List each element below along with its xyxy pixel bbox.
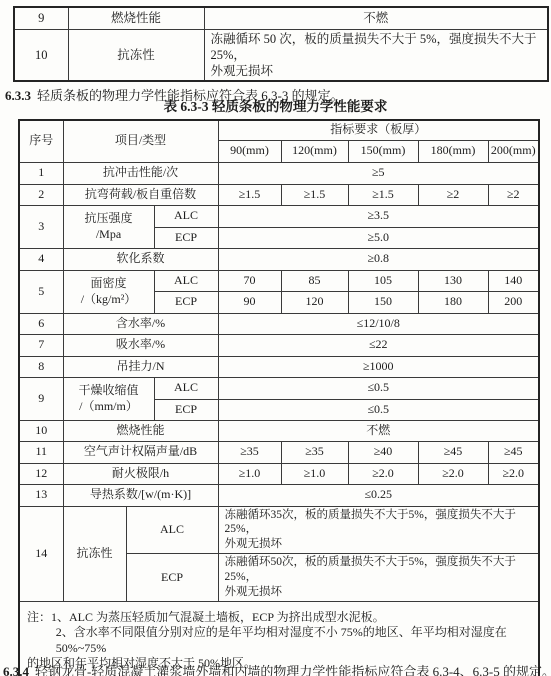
item-cell: 干燥收缩值 /（mm/m） — [63, 377, 154, 420]
item-line: 抗压强度 — [66, 211, 152, 227]
value-cell: ≥5 — [218, 162, 539, 184]
seq-cell: 7 — [19, 334, 63, 356]
item-cell: 抗冻性 — [68, 29, 204, 81]
table-row: 1 抗冲击性能/次 ≥5 — [19, 162, 539, 184]
subtype-cell: ECP — [154, 399, 218, 420]
document-page: 9 燃烧性能 不燃 10 抗冻性 冻融循环 50 次，板的质量损失不大于 5%，… — [0, 0, 551, 676]
value-line: 冻融循环 50 次，板的质量损失不大于 5%，强度损失不大于 25%， — [211, 31, 546, 64]
seq-cell: 10 — [14, 29, 68, 81]
clause-6-3-4: 6.3.4轻钢龙骨-轻质混凝土灌浆墙外墙和内墙的物理力学性能指标应符合表 6.3… — [3, 664, 551, 676]
item-cell: 燃烧性能 — [63, 420, 218, 441]
table-row: 9 干燥收缩值 /（mm/m） ALC ≤0.5 — [19, 377, 539, 399]
table-row: 12 耐火极限/h ≥1.0 ≥1.0 ≥2.0 ≥2.0 ≥2.0 — [19, 463, 539, 484]
table-row: 7 吸水率/% ≤22 — [19, 334, 539, 356]
table-row: 13 导热系数/[w/(m·K)] ≤0.25 — [19, 484, 539, 506]
item-cell: 抗冻性 — [63, 506, 126, 602]
seq-cell: 13 — [19, 484, 63, 506]
seq-cell: 10 — [19, 420, 63, 441]
item-line: /（mm/m） — [66, 399, 152, 415]
value-line: 外观无损坏 — [211, 63, 546, 79]
value-cell: 冻融循环50次，板的质量损失不大于5%，强度损失不大于25%， 外观无损坏 — [218, 554, 539, 602]
item-cell: 燃烧性能 — [68, 7, 204, 29]
item-cell: 抗压强度 /Mpa — [63, 205, 154, 248]
value-cell: ≥5.0 — [218, 227, 539, 248]
value-cell: ≥1.0 — [281, 463, 348, 484]
value-line: 外观无损坏 — [225, 585, 537, 600]
value-cell: ≥2 — [418, 184, 488, 205]
value-line: 冻融循环50次，板的质量损失不大于5%，强度损失不大于25%， — [225, 555, 537, 585]
table-row: 2 抗弯荷载/板自重倍数 ≥1.5 ≥1.5 ≥1.5 ≥2 ≥2 — [19, 184, 539, 205]
value-cell: ≥2 — [488, 184, 539, 205]
value-cell: 140 — [488, 270, 539, 291]
seq-cell: 11 — [19, 441, 63, 463]
seq-cell: 14 — [19, 506, 63, 602]
value-cell: ≥1.0 — [218, 463, 281, 484]
value-cell: 不燃 — [204, 7, 548, 29]
value-cell: ≥1000 — [218, 356, 539, 377]
header-thickness: 200(mm) — [488, 140, 539, 162]
subtype-cell: ALC — [154, 377, 218, 399]
value-cell: 105 — [348, 270, 418, 291]
header-thickness: 120(mm) — [281, 140, 348, 162]
table-row: 10 抗冻性 冻融循环 50 次，板的质量损失不大于 5%，强度损失不大于 25… — [14, 29, 548, 81]
value-cell: 90 — [218, 291, 281, 313]
note-line: 2、含水率不同限值分别对应的是年平均相对湿度不小 75%的地区、年平均相对湿度在… — [56, 625, 532, 656]
table-row: 6 含水率/% ≤12/10/8 — [19, 313, 539, 334]
value-cell: 150 — [348, 291, 418, 313]
item-cell: 空气声计权隔声量/dB — [63, 441, 218, 463]
item-cell: 导热系数/[w/(m·K)] — [63, 484, 218, 506]
clause-text: 轻钢龙骨-轻质混凝土灌浆墙外墙和内墙的物理力学性能指标应符合表 6.3-4、6.… — [35, 664, 551, 676]
value-cell: ≥2.0 — [488, 463, 539, 484]
value-cell: 85 — [281, 270, 348, 291]
value-cell: 180 — [418, 291, 488, 313]
value-line: 外观无损坏 — [225, 537, 537, 552]
value-cell: ≥45 — [418, 441, 488, 463]
value-cell: 120 — [281, 291, 348, 313]
item-cell: 面密度 /（kg/m²） — [63, 270, 154, 313]
value-cell: ≥1.5 — [218, 184, 281, 205]
seq-cell: 8 — [19, 356, 63, 377]
seq-cell: 3 — [19, 205, 63, 248]
value-cell: ≥1.5 — [348, 184, 418, 205]
item-cell: 抗弯荷载/板自重倍数 — [63, 184, 218, 205]
header-thickness: 150(mm) — [348, 140, 418, 162]
seq-cell: 6 — [19, 313, 63, 334]
seq-cell: 9 — [19, 377, 63, 420]
value-cell: ≥3.5 — [218, 205, 539, 227]
value-cell: ≤0.5 — [218, 399, 539, 420]
subtype-cell: ECP — [154, 227, 218, 248]
table-row: 5 面密度 /（kg/m²） ALC 70 85 105 130 140 — [19, 270, 539, 291]
value-cell: ≥2.0 — [348, 463, 418, 484]
item-cell: 含水率/% — [63, 313, 218, 334]
item-line: /Mpa — [66, 227, 152, 243]
value-line: 冻融循环35次，板的质量损失不大于5%，强度损失不大于25%， — [225, 508, 537, 538]
table-row: 14 抗冻性 ALC 冻融循环35次，板的质量损失不大于5%，强度损失不大于25… — [19, 506, 539, 554]
subtype-cell: ALC — [126, 506, 218, 554]
item-cell: 抗冲击性能/次 — [63, 162, 218, 184]
seq-cell: 9 — [14, 7, 68, 29]
header-thickness: 180(mm) — [418, 140, 488, 162]
clause-number: 6.3.4 — [3, 664, 29, 676]
header-seq: 序号 — [19, 120, 63, 162]
table-row: 4 软化系数 ≥0.8 — [19, 248, 539, 270]
seq-cell: 1 — [19, 162, 63, 184]
table-row: 8 吊挂力/N ≥1000 — [19, 356, 539, 377]
subtype-cell: ALC — [154, 205, 218, 227]
value-cell: ≤22 — [218, 334, 539, 356]
table-title: 表 6.3-3 轻质条板的物理力学性能要求 — [0, 99, 551, 115]
header-item: 项目/类型 — [63, 120, 218, 162]
item-cell: 吸水率/% — [63, 334, 218, 356]
header-requirement: 指标要求（板厚） — [218, 120, 539, 140]
subtype-cell: ECP — [154, 291, 218, 313]
table-row: 11 空气声计权隔声量/dB ≥35 ≥35 ≥40 ≥45 ≥45 — [19, 441, 539, 463]
item-cell: 吊挂力/N — [63, 356, 218, 377]
value-cell: ≥45 — [488, 441, 539, 463]
item-cell: 软化系数 — [63, 248, 218, 270]
value-cell: ≤12/10/8 — [218, 313, 539, 334]
subtype-cell: ECP — [126, 554, 218, 602]
value-cell: ≥1.5 — [281, 184, 348, 205]
value-cell: ≥35 — [281, 441, 348, 463]
value-cell: ≥40 — [348, 441, 418, 463]
item-line: 干燥收缩值 — [66, 383, 152, 399]
item-cell: 耐火极限/h — [63, 463, 218, 484]
value-cell: 不燃 — [218, 420, 539, 441]
table-row: 10 燃烧性能 不燃 — [19, 420, 539, 441]
item-line: 面密度 — [66, 276, 152, 292]
table-row: 9 燃烧性能 不燃 — [14, 7, 548, 29]
table-row: 3 抗压强度 /Mpa ALC ≥3.5 — [19, 205, 539, 227]
value-cell: ≥35 — [218, 441, 281, 463]
value-cell: 130 — [418, 270, 488, 291]
value-cell: ≥0.8 — [218, 248, 539, 270]
subtype-cell: ALC — [154, 270, 218, 291]
seq-cell: 5 — [19, 270, 63, 313]
seq-cell: 4 — [19, 248, 63, 270]
item-line: /（kg/m²） — [66, 292, 152, 308]
value-cell: ≤0.5 — [218, 377, 539, 399]
seq-cell: 12 — [19, 463, 63, 484]
header-thickness: 90(mm) — [218, 140, 281, 162]
value-cell: ≤0.25 — [218, 484, 539, 506]
seq-cell: 2 — [19, 184, 63, 205]
spec-table-6-3-3: 序号 项目/类型 指标要求（板厚） 90(mm) 120(mm) 150(mm)… — [18, 119, 540, 676]
value-cell: 冻融循环 50 次，板的质量损失不大于 5%，强度损失不大于 25%， 外观无损… — [204, 29, 548, 81]
note-line: 注：1、ALC 为蒸压轻质加气混凝土墙板，ECP 为挤出成型水泥板。 — [27, 610, 532, 626]
value-cell: ≥2.0 — [418, 463, 488, 484]
value-cell: 70 — [218, 270, 281, 291]
value-cell: 200 — [488, 291, 539, 313]
header-row: 序号 项目/类型 指标要求（板厚） — [19, 120, 539, 140]
value-cell: 冻融循环35次，板的质量损失不大于5%，强度损失不大于25%， 外观无损坏 — [218, 506, 539, 554]
continued-table: 9 燃烧性能 不燃 10 抗冻性 冻融循环 50 次，板的质量损失不大于 5%，… — [13, 6, 549, 82]
